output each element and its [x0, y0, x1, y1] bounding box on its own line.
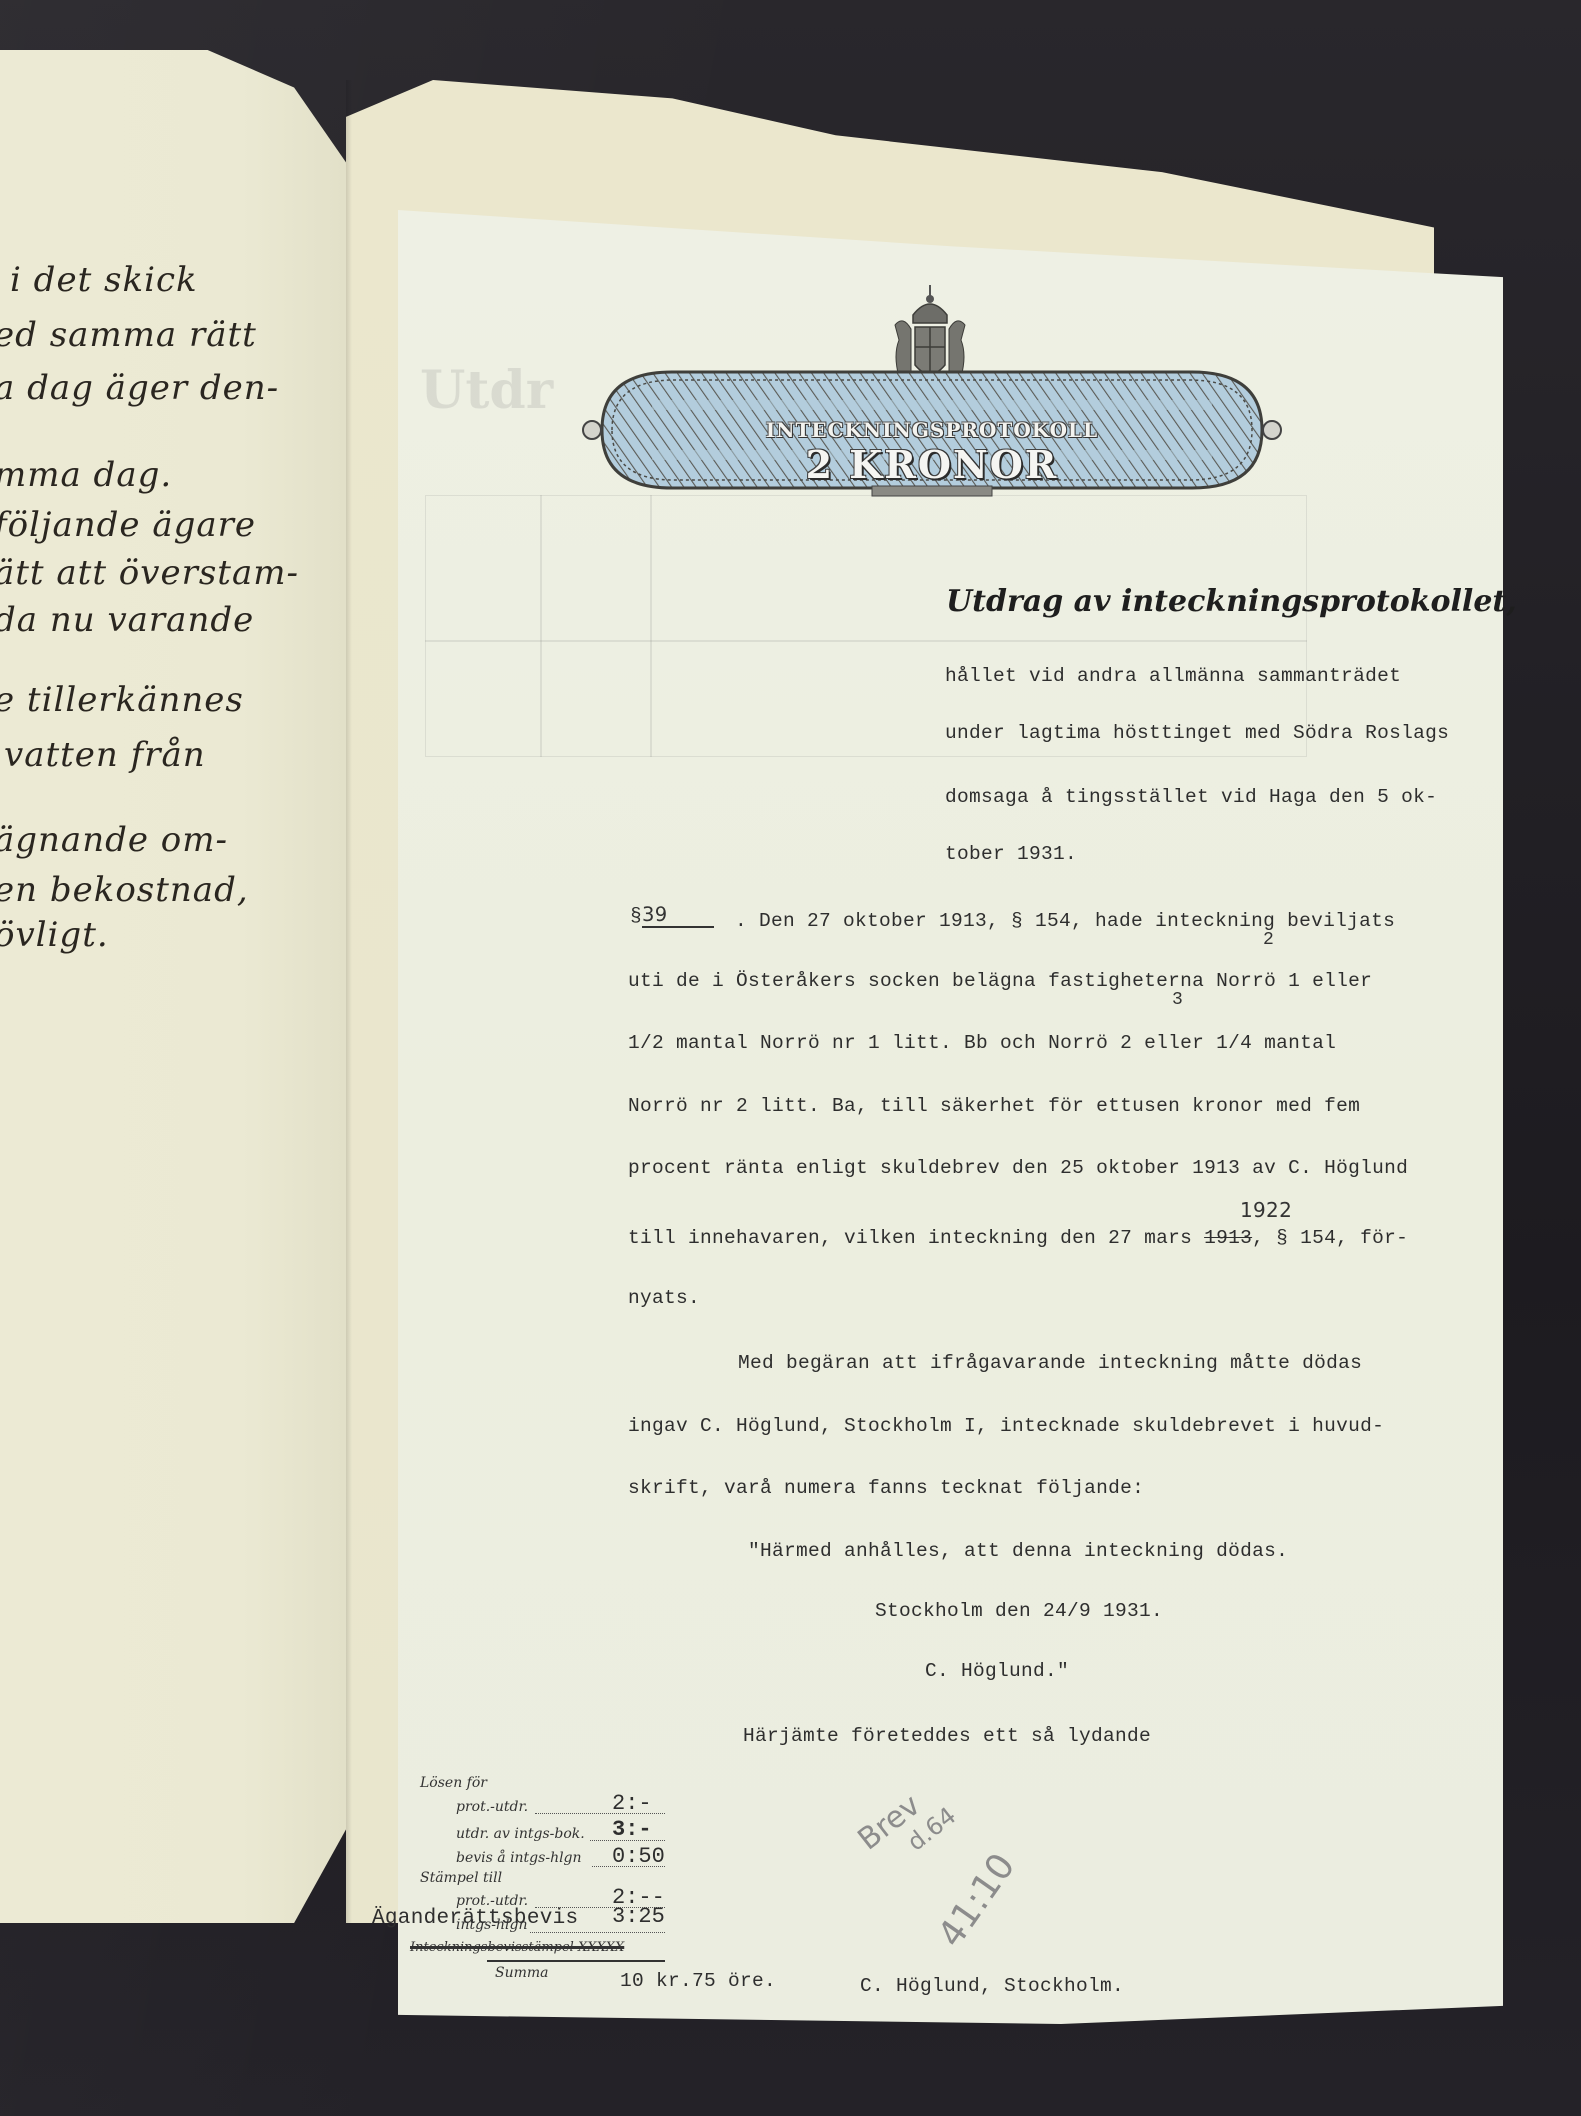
summa-value: 10 kr.75 öre. — [620, 1970, 776, 1992]
applicant-name: C. Höglund, Stockholm. — [860, 1975, 1124, 1997]
stamp-value: 2 KRONOR — [582, 442, 1282, 487]
handwritten-line: följande ägare — [0, 505, 256, 545]
closing-line: Härjämte företeddes ett så lydande — [743, 1725, 1151, 1747]
body-line: 1/2 mantal Norrö nr 1 litt. Bb och Norrö… — [628, 1032, 1336, 1054]
fee-value: 2:- — [612, 1791, 652, 1816]
intro-line: tober 1931. — [945, 843, 1077, 865]
fee-label: prot.-utdr. — [456, 1799, 528, 1815]
intro-line: under lagtima hösttinget med Södra Rosla… — [945, 722, 1449, 744]
revenue-stamp-banner: INTECKNINGSPROTOKOLL 2 KRONOR — [582, 360, 1282, 500]
superscript: 3 — [1172, 990, 1183, 1010]
paragraph-sign: § — [630, 905, 642, 927]
body-line: nyats. — [628, 1287, 700, 1309]
fee-value: 0:50 — [612, 1844, 665, 1869]
show-through-rule — [425, 640, 1307, 642]
renewal-line: till innehavaren, vilken inteckning den … — [628, 1227, 1408, 1249]
fee-leader — [530, 1932, 665, 1933]
struck-fee-line: Inteckningsbevisstämpel XXXXX — [410, 1940, 624, 1955]
renewal-text-end: , § 154, för- — [1252, 1227, 1408, 1249]
handwritten-line: ed samma rätt — [0, 315, 257, 355]
quote-line: "Härmed anhålles, att denna inteckning d… — [748, 1540, 1288, 1562]
body-line: uti de i Österåkers socken belägna fasti… — [628, 970, 1372, 992]
show-through-rule — [650, 495, 652, 757]
handwritten-line: övligt. — [0, 915, 109, 955]
quote-signature: C. Höglund." — [925, 1660, 1069, 1682]
show-through-heading: Utdr — [420, 360, 553, 421]
superscript: 2 — [1263, 930, 1274, 950]
fee-label: bevis å intgs-hlgn — [456, 1850, 582, 1866]
fee-header-stampel: Stämpel till — [420, 1870, 502, 1886]
show-through-table — [425, 495, 1307, 757]
paragraph-marker: §39 — [630, 903, 714, 928]
fee-value: 3:25 — [612, 1904, 665, 1929]
struck-year: 1913 — [1204, 1227, 1252, 1249]
request-line: skrift, varå numera fanns tecknat följan… — [628, 1477, 1144, 1499]
fee-value: 3:- — [612, 1817, 652, 1842]
summa-label: Summa — [495, 1965, 549, 1981]
page-fold — [346, 80, 352, 1923]
fee-header-losen: Lösen för — [420, 1775, 487, 1791]
body-line: Norrö nr 2 litt. Ba, till säkerhet för e… — [628, 1095, 1360, 1117]
paragraph-number: 39 — [642, 903, 714, 928]
handwritten-line: ägnande om- — [0, 820, 228, 860]
document-heading: Utdrag av inteckningsprotokollet, — [946, 584, 1517, 619]
handwritten-line: vatten från — [4, 735, 206, 775]
renewal-text: till innehavaren, vilken inteckning den … — [628, 1227, 1204, 1249]
show-through-rule — [540, 495, 542, 757]
fee-label: utdr. av intgs-bok. — [456, 1826, 585, 1842]
request-line: Med begäran att ifrågavarande inteckning… — [738, 1352, 1362, 1374]
stamp-title: INTECKNINGSPROTOKOLL — [582, 418, 1282, 442]
request-line: ingav C. Höglund, Stockholm I, intecknad… — [628, 1415, 1384, 1437]
handwritten-year: 1922 — [1240, 1198, 1292, 1222]
handwritten-line: e tillerkännes — [0, 680, 244, 720]
intro-line: domsaga å tingsstället vid Haga den 5 ok… — [945, 786, 1437, 808]
handwritten-line: a dag äger den- — [0, 368, 279, 408]
fee-label: intgs-hlgn — [456, 1917, 527, 1933]
handwritten-line: ätt att överstam- — [0, 553, 299, 593]
handwritten-line: mma dag. — [0, 455, 172, 495]
summa-rule — [487, 1960, 665, 1962]
handwritten-line: en bekostnad, — [0, 870, 249, 910]
body-line: procent ränta enligt skuldebrev den 25 o… — [628, 1157, 1408, 1179]
intro-line: hållet vid andra allmänna sammanträdet — [945, 665, 1401, 687]
quote-date: Stockholm den 24/9 1931. — [875, 1600, 1163, 1622]
body-line: . Den 27 oktober 1913, § 154, hade intec… — [735, 910, 1395, 932]
handwritten-line: i det skick — [10, 260, 198, 300]
handwritten-line: da nu varande — [0, 600, 254, 640]
